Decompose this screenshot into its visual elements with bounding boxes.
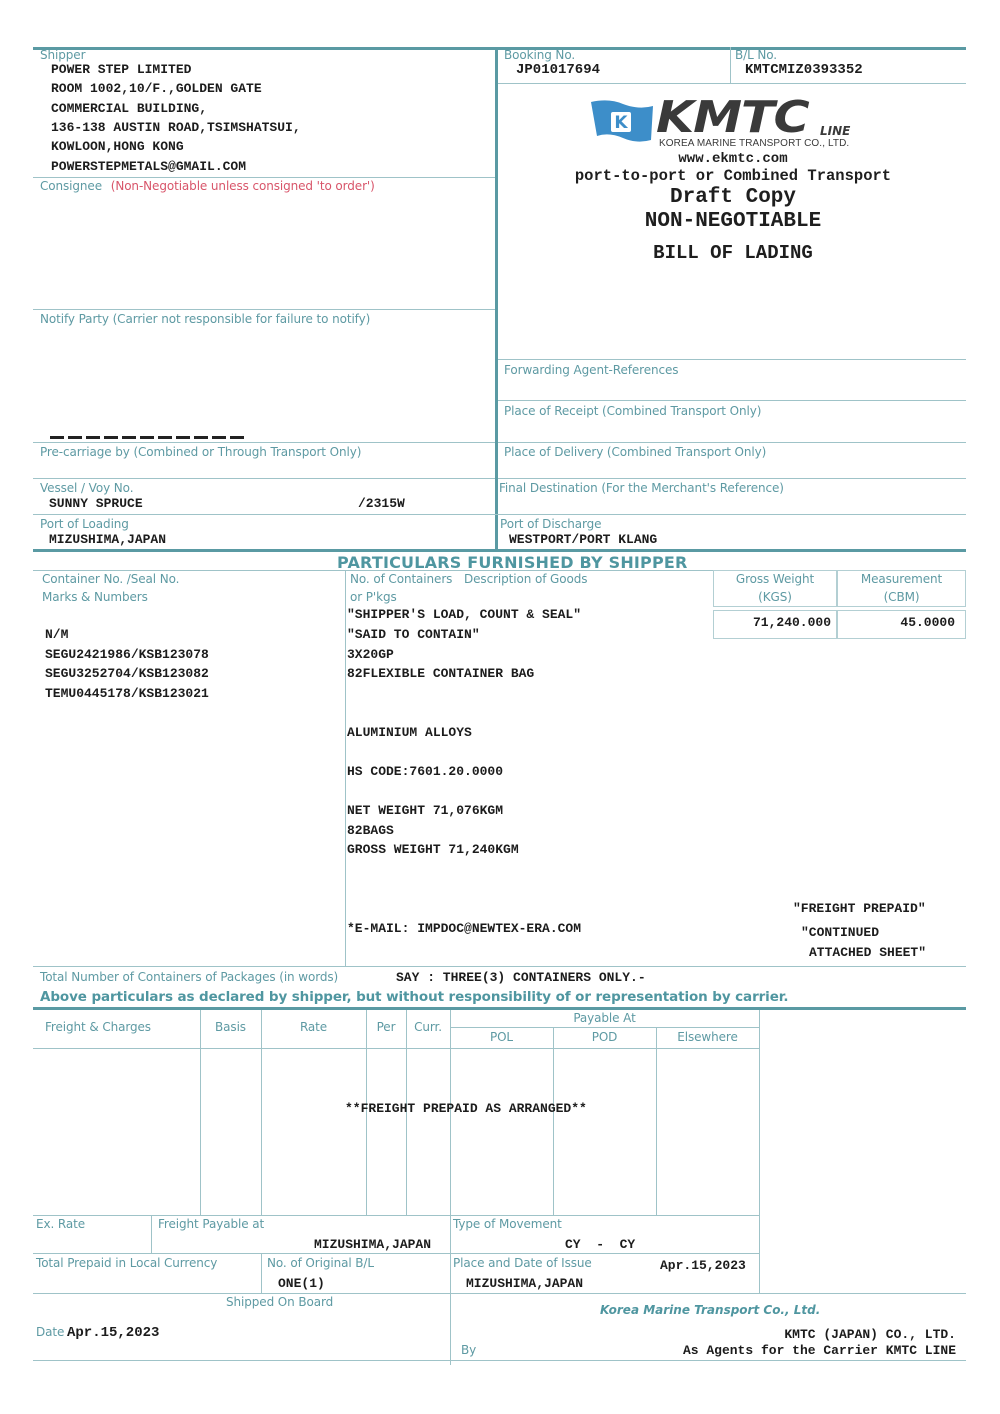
description-line: GROSS WEIGHT 71,240KGM bbox=[347, 842, 519, 857]
container-seal-line: TEMU0445178/KSB123021 bbox=[45, 686, 209, 701]
vessel-label: Vessel / Voy No. bbox=[40, 481, 133, 495]
bl-number: KMTCMIZ0393352 bbox=[745, 62, 863, 78]
agent-line-1: KMTC (JAPAN) CO., LTD. bbox=[600, 1327, 956, 1342]
description-line: ALUMINIUM ALLOYS bbox=[347, 725, 472, 740]
receipt-bottom-line bbox=[498, 442, 966, 443]
notify-bottom-line bbox=[33, 442, 495, 443]
vessel-bottom-line bbox=[33, 514, 966, 515]
by-label: By bbox=[461, 1343, 476, 1357]
type-of-movement-value: CY - CY bbox=[565, 1237, 635, 1252]
onboard-date-label: Date bbox=[36, 1325, 64, 1339]
issue-date: Apr.15,2023 bbox=[660, 1258, 746, 1273]
shipper-line: KOWLOON,HONG KONG bbox=[51, 139, 184, 154]
freight-col-elsewhere bbox=[656, 1027, 657, 1215]
shipper-line: POWER STEP LIMITED bbox=[51, 62, 191, 77]
pod-header: POD bbox=[553, 1030, 656, 1044]
packages-label-1: No. of Containers bbox=[350, 572, 452, 586]
exrate-bottom-line bbox=[33, 1253, 759, 1254]
booking-bl-divider bbox=[730, 47, 731, 83]
booking-number: JP01017694 bbox=[516, 62, 600, 78]
pre-carriage-label: Pre-carriage by (Combined or Through Tra… bbox=[40, 445, 361, 459]
gross-weight-value: 71,240.000 bbox=[713, 615, 831, 630]
measurement-value: 45.0000 bbox=[837, 615, 955, 630]
shipper-line: POWERSTEPMETALS@GMAIL.COM bbox=[51, 159, 246, 174]
carrier-website: www.ekmtc.com bbox=[498, 151, 968, 167]
consignee-title: Consignee bbox=[40, 179, 102, 193]
vessel-name: SUNNY SPRUCE bbox=[49, 496, 143, 511]
original-bl-label: No. of Original B/L bbox=[267, 1256, 374, 1270]
booking-bottom-line bbox=[498, 83, 966, 84]
final-destination-label: Final Destination (For the Merchant's Re… bbox=[499, 481, 784, 495]
kmtc-flag-icon: K bbox=[589, 100, 655, 144]
particulars-bottom-line bbox=[33, 966, 966, 967]
exrate-divider bbox=[151, 1215, 152, 1253]
marks-line: N/M bbox=[45, 627, 68, 642]
curr-header: Curr. bbox=[406, 1020, 450, 1034]
negotiability-label: NON-NEGOTIABLE bbox=[498, 210, 968, 233]
marks-label-1: Container No. /Seal No. bbox=[42, 572, 179, 586]
description-line: "SHIPPER'S LOAD, COUNT & SEAL" bbox=[347, 607, 581, 622]
elsewhere-header: Elsewhere bbox=[656, 1030, 759, 1044]
remark-line: "FREIGHT PREPAID" bbox=[793, 901, 926, 916]
description-line: 82BAGS bbox=[347, 823, 394, 838]
shipped-on-board-label: Shipped On Board bbox=[226, 1295, 333, 1309]
carrier-company-name: KOREA MARINE TRANSPORT CO., LTD. bbox=[659, 138, 849, 149]
agent-line-2: As Agents for the Carrier KMTC LINE bbox=[600, 1343, 956, 1358]
ex-rate-label: Ex. Rate bbox=[36, 1217, 85, 1231]
type-of-movement-label: Type of Movement bbox=[453, 1217, 562, 1231]
freight-col-rate bbox=[261, 1010, 262, 1215]
place-date-issue-label: Place and Date of Issue bbox=[453, 1256, 592, 1270]
payable-at-underline bbox=[450, 1027, 759, 1028]
packages-label-2: or P'kgs bbox=[350, 590, 397, 604]
consignee-label: Consignee (Non-Negotiable unless consign… bbox=[40, 179, 375, 193]
rate-header: Rate bbox=[261, 1020, 366, 1034]
top-border bbox=[33, 47, 966, 50]
fwd-bottom-line bbox=[498, 400, 966, 401]
place-of-delivery-label: Place of Delivery (Combined Transport On… bbox=[504, 445, 766, 459]
measurement-label-2: (CBM) bbox=[837, 590, 966, 604]
freight-note: **FREIGHT PREPAID AS ARRANGED** bbox=[345, 1101, 587, 1116]
kmtc-brand: KMTC bbox=[656, 96, 809, 140]
forwarding-agent-label: Forwarding Agent-References bbox=[504, 363, 678, 377]
port-of-discharge-label: Port of Discharge bbox=[500, 517, 601, 531]
notify-party-label: Notify Party (Carrier not responsible fo… bbox=[40, 312, 370, 326]
description-line: NET WEIGHT 71,076KGM bbox=[347, 803, 503, 818]
shipper-bottom-line bbox=[33, 177, 495, 178]
freight-col-pod bbox=[553, 1027, 554, 1215]
per-header: Per bbox=[366, 1020, 406, 1034]
prepaid-divider bbox=[261, 1253, 262, 1293]
total-containers-value: SAY : THREE(3) CONTAINERS ONLY.- bbox=[396, 970, 646, 985]
consignee-bottom-line bbox=[33, 309, 495, 310]
description-line: HS CODE:7601.20.0000 bbox=[347, 764, 503, 779]
document-title: BILL OF LADING bbox=[498, 242, 968, 264]
description-label: Description of Goods bbox=[464, 572, 587, 586]
gross-weight-label-1: Gross Weight bbox=[713, 572, 837, 586]
freight-col-basis bbox=[200, 1010, 201, 1215]
prepaid-bottom-line bbox=[33, 1293, 966, 1294]
delivery-bottom-line bbox=[498, 478, 966, 479]
description-line: 82FLEXIBLE CONTAINER BAG bbox=[347, 666, 534, 681]
freight-right-edge bbox=[759, 1010, 760, 1293]
remark-line: "CONTINUED bbox=[801, 925, 879, 940]
freight-payable-label: Freight Payable at bbox=[158, 1217, 264, 1231]
freight-header-line bbox=[33, 1048, 759, 1049]
pol-header: POL bbox=[450, 1030, 553, 1044]
issue-place: MIZUSHIMA,JAPAN bbox=[466, 1276, 583, 1291]
total-containers-label: Total Number of Containers of Packages (… bbox=[40, 970, 338, 984]
shipper-line: 136-138 AUSTIN ROAD,TSIMSHATSUI, bbox=[51, 120, 301, 135]
notify-party-cutoff-text bbox=[50, 435, 245, 439]
kmtc-brand-suffix: LINE bbox=[820, 124, 850, 138]
shipper-label: Shipper bbox=[40, 48, 85, 62]
bottom-border bbox=[33, 1360, 966, 1361]
marks-label-2: Marks & Numbers bbox=[42, 590, 148, 604]
voyage-number: /2315W bbox=[358, 496, 405, 511]
bl-label: B/L No. bbox=[735, 48, 777, 62]
port-of-loading-value: MIZUSHIMA,JAPAN bbox=[49, 532, 166, 547]
freight-payable-value: MIZUSHIMA,JAPAN bbox=[314, 1237, 431, 1252]
onboard-date: Apr.15,2023 bbox=[67, 1325, 159, 1341]
shipper-line: ROOM 1002,10/F.,GOLDEN GATE bbox=[51, 81, 262, 96]
description-line: 3X20GP bbox=[347, 647, 394, 662]
port-of-discharge-value: WESTPORT/PORT KLANG bbox=[509, 532, 657, 547]
draft-copy-label: Draft Copy bbox=[498, 186, 968, 209]
freight-charges-header: Freight & Charges bbox=[45, 1020, 151, 1034]
freight-col-pol bbox=[450, 1010, 451, 1365]
place-of-receipt-label: Place of Receipt (Combined Transport Onl… bbox=[504, 404, 761, 418]
container-seal-line: SEGU3252704/KSB123082 bbox=[45, 666, 209, 681]
shipper-disclaimer: Above particulars as declared by shipper… bbox=[40, 989, 788, 1005]
booking-label: Booking No. bbox=[504, 48, 575, 62]
transport-type: port-to-port or Combined Transport bbox=[498, 167, 968, 185]
consignee-note: (Non-Negotiable unless consigned 'to ord… bbox=[111, 179, 375, 193]
measurement-label-1: Measurement bbox=[837, 572, 966, 586]
ports-bottom-line bbox=[33, 549, 966, 552]
remark-line: ATTACHED SHEET" bbox=[809, 945, 926, 960]
port-of-loading-label: Port of Loading bbox=[40, 517, 129, 531]
freight-bottom-line bbox=[33, 1215, 759, 1216]
declared-bottom-line bbox=[33, 1007, 966, 1010]
payable-at-header: Payable At bbox=[450, 1011, 759, 1025]
marks-desc-divider bbox=[345, 570, 346, 966]
description-line: *E-MAIL: IMPDOC@NEWTEX-ERA.COM bbox=[347, 921, 581, 936]
total-prepaid-label: Total Prepaid in Local Currency bbox=[36, 1256, 217, 1270]
logo-bottom-line bbox=[498, 359, 966, 360]
container-seal-line: SEGU2421986/KSB123078 bbox=[45, 647, 209, 662]
description-line: "SAID TO CONTAIN" bbox=[347, 627, 480, 642]
svg-text:K: K bbox=[614, 113, 628, 133]
shipper-line: COMMERCIAL BUILDING, bbox=[51, 101, 207, 116]
gross-weight-label-2: (KGS) bbox=[713, 590, 837, 604]
particulars-title: PARTICULARS FURNISHED BY SHIPPER bbox=[337, 553, 688, 572]
carrier-signature-company: Korea Marine Transport Co., Ltd. bbox=[600, 1303, 820, 1317]
original-bl-value: ONE(1) bbox=[278, 1276, 325, 1291]
basis-header: Basis bbox=[200, 1020, 261, 1034]
center-divider bbox=[495, 47, 498, 551]
precarriage-bottom-line bbox=[33, 478, 495, 479]
